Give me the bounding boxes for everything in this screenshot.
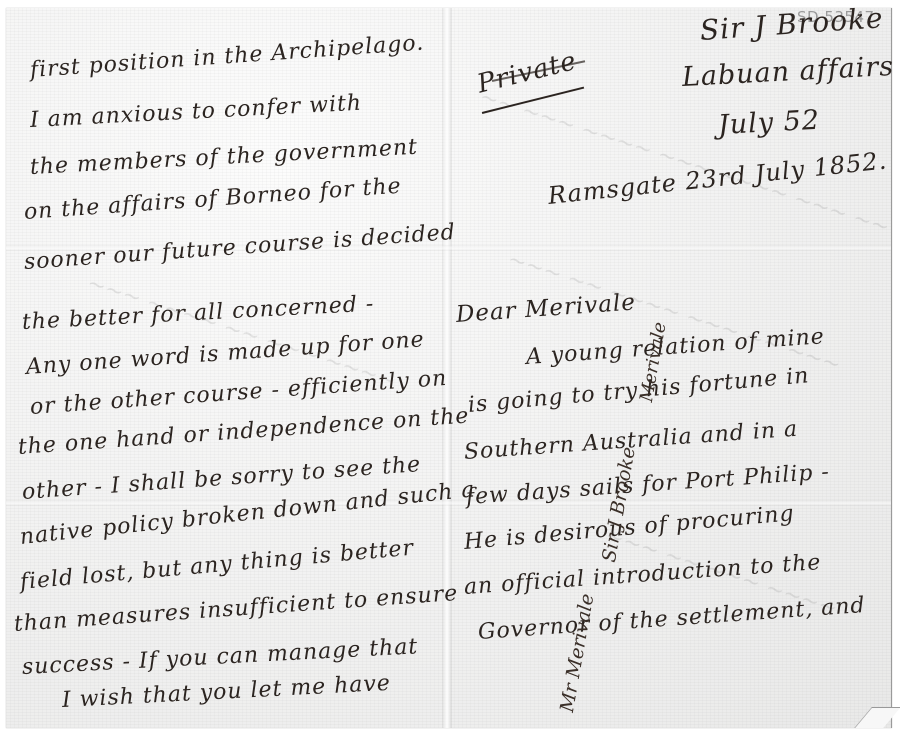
- docket-line: July 52: [717, 105, 821, 141]
- page-edge: [891, 8, 892, 728]
